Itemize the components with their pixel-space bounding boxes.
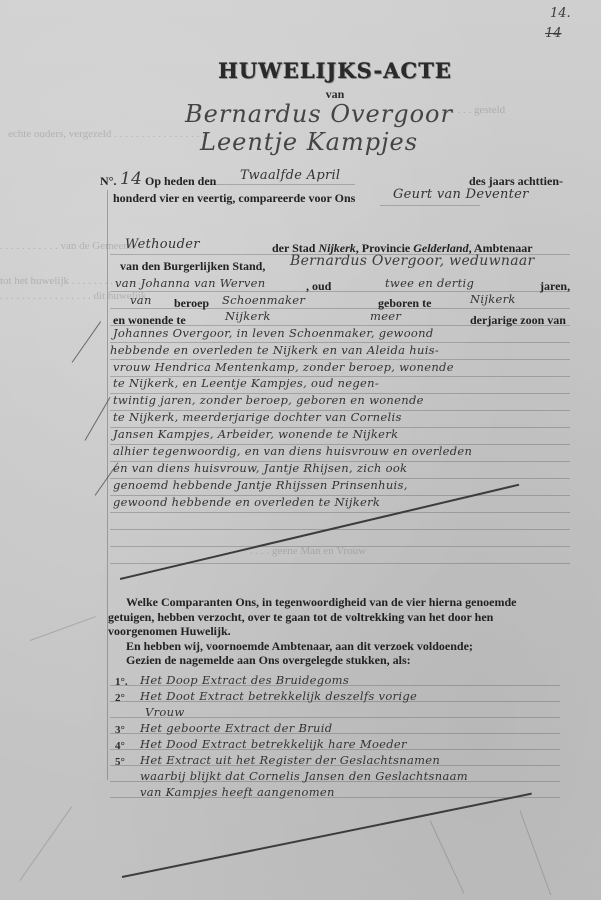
body-line: alhier tegenwoordig, en van diens huisvr… — [113, 444, 472, 458]
marriage-date-hand: Twaalfde April — [240, 168, 340, 183]
ruled-line — [110, 512, 570, 513]
groom-prev-spouse-hand: van Johanna van Werven — [115, 276, 265, 290]
burgerlijken-stand-label: van den Burgerlijken Stand, — [120, 259, 265, 274]
list-item: Het Doot Extract betrekkelijk deszelfs v… — [140, 689, 417, 703]
act-number-value: 14 — [120, 169, 142, 189]
page-number-secondary: 14 — [545, 26, 562, 41]
meerderjarige-hand: meer — [370, 309, 401, 323]
list-item: Het geboorte Extract der Bruid — [140, 721, 332, 735]
paper-scratch — [430, 820, 465, 893]
body-line: Johannes Overgoor, in leven Schoenmaker,… — [113, 326, 434, 340]
ruled-line — [110, 546, 570, 547]
document-title: HUWELIJKS-ACTE — [165, 58, 505, 83]
cancel-stroke-lower — [122, 793, 532, 878]
body-line: gewoond hebbende en overleden te Nijkerk — [113, 495, 380, 509]
van-prefix-hand: van — [130, 293, 152, 307]
groom-name-hand: Bernardus Overgoor, weduwnaar — [290, 253, 535, 269]
list-number: 5° — [115, 756, 125, 768]
margin-rule — [107, 190, 108, 780]
groom-name-header: Bernardus Overgoor — [185, 100, 453, 128]
list-number: 3° — [115, 724, 125, 736]
body-line: vrouw Hendrica Mentenkamp, zonder beroep… — [113, 360, 454, 374]
list-number: 2° — [115, 692, 125, 704]
op-heden-den-label: Op heden den — [145, 174, 216, 189]
groom-birthplace-hand: Nijkerk — [470, 292, 516, 306]
list-item: Het Dood Extract betrekkelijk hare Moede… — [140, 737, 407, 751]
list-item-continuation: Vrouw — [145, 705, 184, 719]
body-line: en van diens huisvrouw, Jantje Rhijsen, … — [113, 461, 407, 475]
jaren-label: jaren, — [540, 279, 570, 294]
list-item: Het Doop Extract des Bruidegoms — [140, 673, 349, 687]
oud-label: , oud — [306, 279, 331, 294]
body-line: genoemd hebbende Jantje Rhijssen Prinsen… — [113, 478, 408, 492]
bleed-through-text: echte ouders, vergezeld . . . . . . . . … — [8, 128, 205, 140]
body-line: Jansen Kampjes, Arbeider, wonende te Nij… — [113, 427, 398, 441]
year-line-label: honderd vier en veertig, compareerde voo… — [113, 191, 355, 206]
margin-bracket-stroke — [72, 321, 101, 363]
paper-scratch — [30, 616, 96, 641]
body-line: te Nijkerk, en Leentje Kampjes, oud nege… — [113, 376, 379, 390]
groom-occupation-hand: Schoenmaker — [222, 293, 305, 307]
list-item-continuation: waarbij blijkt dat Cornelis Jansen den G… — [140, 769, 468, 783]
declaration-line: voorgenomen Huwelijk. — [108, 624, 570, 639]
list-number: 1°. — [115, 676, 128, 688]
declaration-text: Welke Comparanten Ons, in tegenwoordighe… — [108, 595, 570, 668]
body-line: twintig jaren, zonder beroep, geboren en… — [113, 393, 424, 407]
certificate-page: echte ouders, vergezeld . . . . . . . . … — [0, 0, 601, 900]
paper-scratch — [520, 810, 552, 895]
beroep-label: beroep — [174, 296, 209, 311]
bride-name-header: Leentje Kampjes — [200, 128, 418, 156]
declaration-line: getuigen, hebben verzocht, over te gaan … — [108, 610, 570, 625]
ruled-line — [380, 205, 480, 206]
bleed-through-text: . . . . . . . . . . . van de Gemeente — [0, 240, 137, 252]
groom-residence-hand: Nijkerk — [225, 309, 271, 323]
ruled-line — [205, 184, 355, 185]
list-item-continuation: van Kampjes heeft aangenomen — [140, 785, 335, 799]
list-item: Het Extract uit het Register der Geslach… — [140, 753, 440, 767]
page-number: 14. — [550, 6, 571, 21]
body-line: hebbende en overleden te Nijkerk en van … — [110, 343, 439, 357]
body-line: te Nijkerk, meerderjarige dochter van Co… — [113, 410, 402, 424]
official-name-hand: Geurt van Deventer — [393, 187, 529, 202]
list-number: 4° — [115, 740, 125, 752]
declaration-line: En hebben wij, voornoemde Ambtenaar, aan… — [108, 639, 570, 654]
act-number-label: N°. — [100, 174, 116, 189]
official-title-hand: Wethouder — [125, 237, 200, 252]
ruled-line — [110, 529, 570, 530]
groom-age-hand: twee en dertig — [385, 276, 474, 290]
paper-scratch — [20, 806, 72, 880]
declaration-line: Welke Comparanten Ons, in tegenwoordighe… — [108, 595, 570, 610]
declaration-line: Gezien de nagemelde aan Ons overgelegde … — [108, 653, 570, 668]
zoon-van-label: derjarige zoon van — [470, 313, 566, 328]
